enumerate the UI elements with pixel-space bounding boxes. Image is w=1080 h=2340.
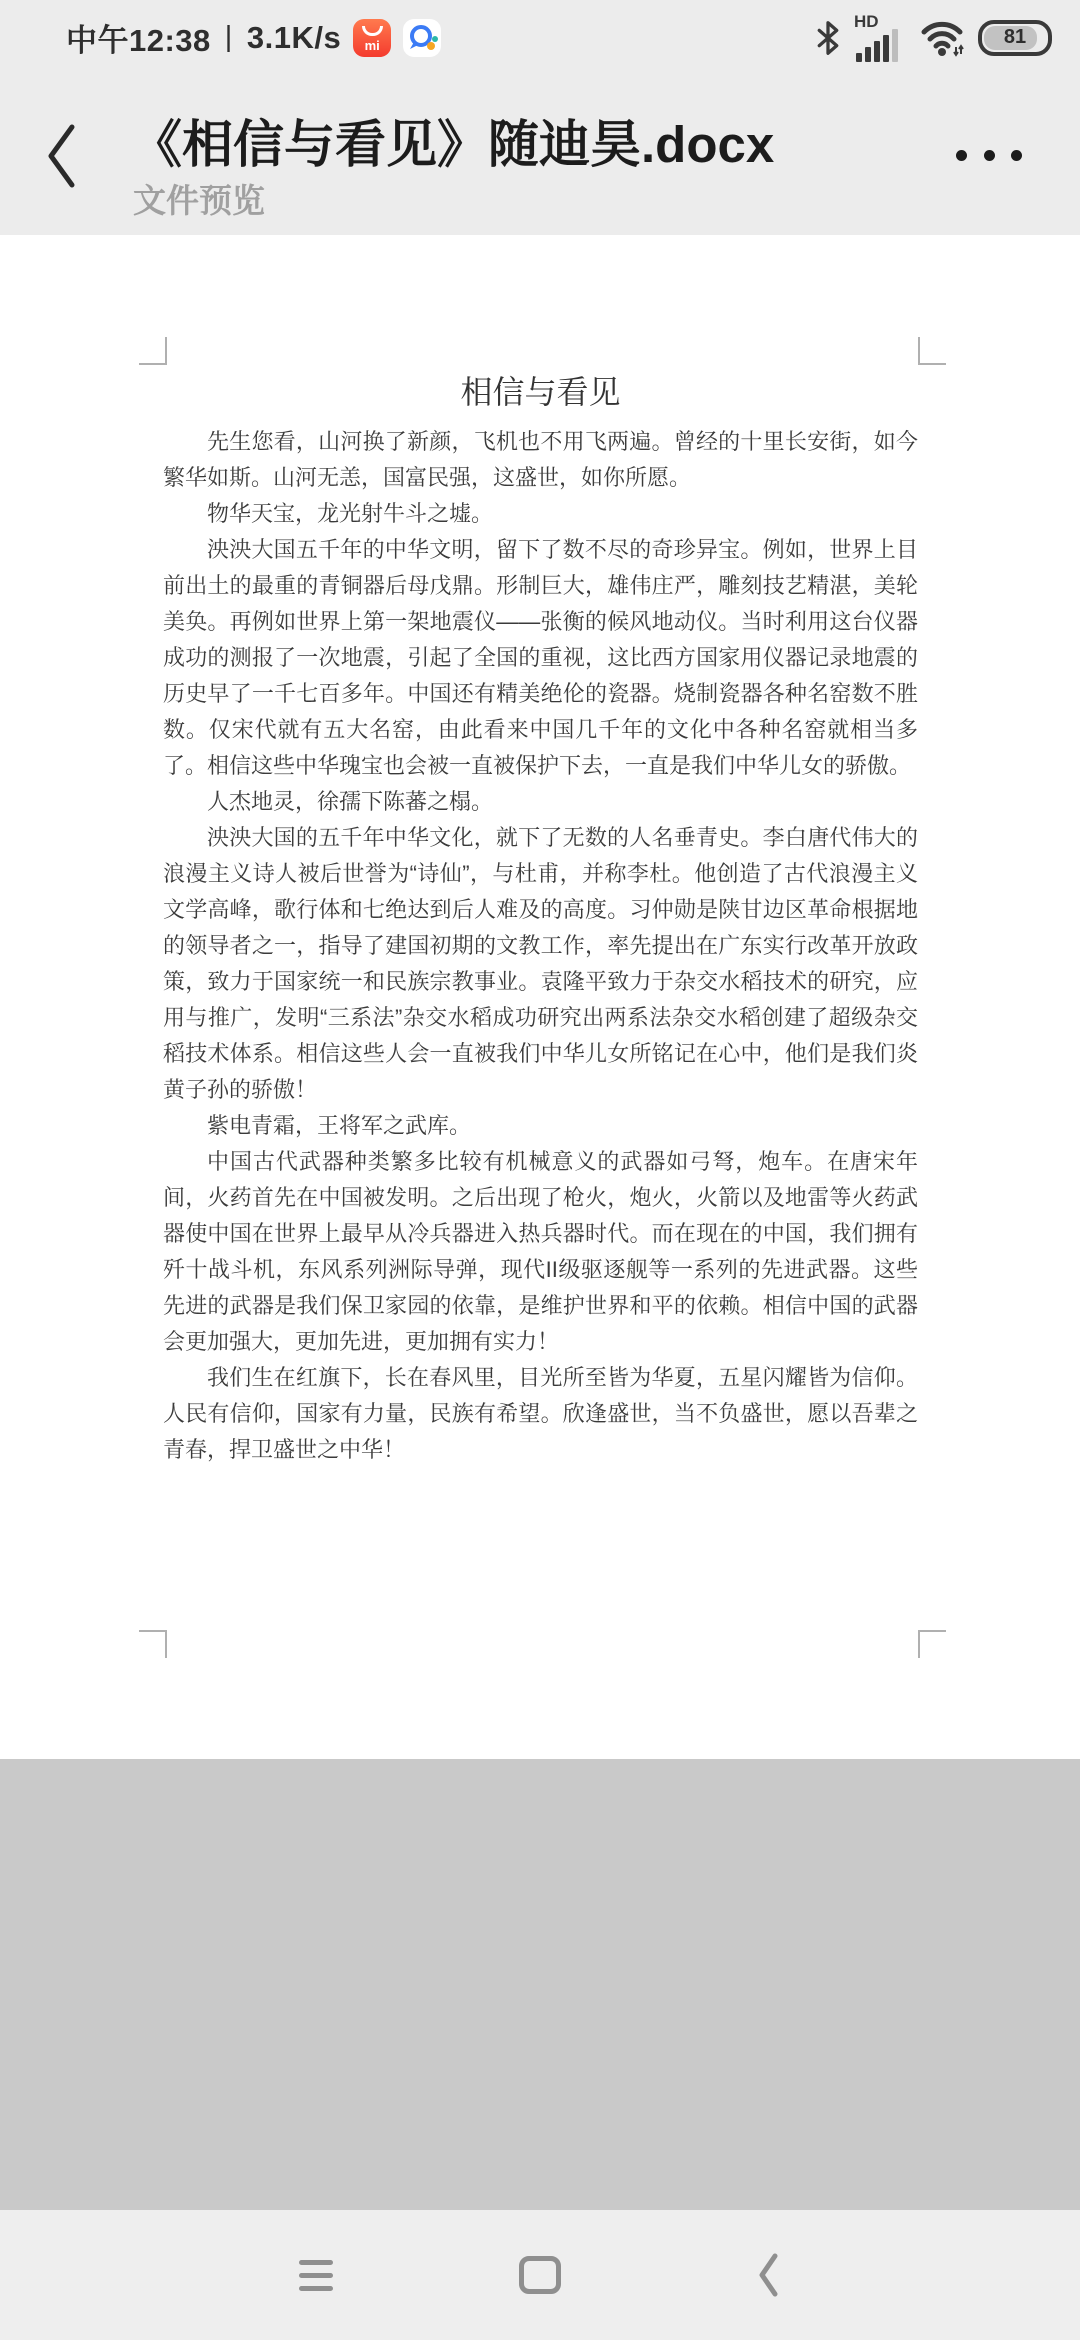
more-dots-icon — [956, 150, 967, 161]
paragraph: 泱泱大国的五千年中华文化，就下了无数的人名垂青史。李白唐代伟大的浪漫主义诗人被后… — [163, 820, 918, 1108]
status-separator: | — [225, 21, 233, 54]
network-speed: 3.1K/s — [247, 20, 341, 56]
signal-bars — [856, 29, 898, 62]
nav-back-chevron-icon — [757, 2253, 779, 2297]
paragraph: 人杰地灵，徐孺下陈蕃之榻。 — [163, 784, 918, 820]
paragraph: 我们生在红旗下，长在春风里，目光所至皆为华夏，五星闪耀皆为信仰。人民有信仰，国家… — [163, 1360, 918, 1468]
android-nav-bar — [0, 2210, 1080, 2340]
more-menu-button[interactable] — [956, 137, 1022, 173]
file-title: 《相信与看见》随迪昊.docx — [131, 115, 774, 175]
paragraph: 物华天宝，龙光射牛斗之墟。 — [163, 496, 918, 532]
cell-signal-icon: HD — [854, 12, 906, 64]
bluetooth-icon — [816, 21, 840, 55]
mi-bag-handle — [362, 26, 383, 36]
battery-icon: 81 — [978, 20, 1052, 56]
home-button[interactable] — [510, 2245, 570, 2305]
wifi-icon — [920, 18, 964, 58]
mi-store-notification-icon: mi — [353, 19, 391, 57]
mi-logo-text: mi — [365, 39, 380, 52]
document-body: 先生您看，山河换了新颜，飞机也不用飞两遍。曾经的十里长安街，如今繁华如斯。山河无… — [163, 424, 918, 1468]
paragraph: 先生您看，山河换了新颜，飞机也不用飞两遍。曾经的十里长安街，如今繁华如斯。山河无… — [163, 424, 918, 496]
paragraph: 泱泱大国五千年的中华文明，留下了数不尽的奇珍异宝。例如，世界上目前出土的最重的青… — [163, 532, 918, 784]
status-bar: 中午12:38 | 3.1K/s mi HD — [0, 0, 1080, 75]
battery-percent: 81 — [982, 24, 1048, 52]
page-corner-mark-bottom-right — [918, 1630, 946, 1658]
paragraph: 紫电青霜，王将军之武库。 — [163, 1108, 918, 1144]
document-preview-page[interactable]: 相信与看见 先生您看，山河换了新颜，飞机也不用飞两遍。曾经的十里长安街，如今繁华… — [0, 235, 1080, 1759]
wecom-notification-icon — [403, 19, 441, 57]
page-corner-mark-bottom-left — [139, 1630, 167, 1658]
status-left-group: 中午12:38 | 3.1K/s mi — [66, 0, 441, 75]
phone-screen: 中午12:38 | 3.1K/s mi HD — [0, 0, 1080, 2340]
preview-background-area — [0, 1759, 1080, 2210]
status-time: 中午12:38 — [66, 15, 211, 60]
back-chevron-icon — [44, 123, 78, 189]
home-icon — [519, 2256, 561, 2294]
page-corner-mark-top-right — [918, 337, 946, 365]
file-preview-label: 文件预览 — [133, 175, 265, 222]
chat-bubble-icon — [403, 19, 441, 57]
recents-menu-icon — [299, 2260, 333, 2291]
nav-back-button[interactable] — [738, 2245, 798, 2305]
status-right-group: HD 81 — [816, 0, 1052, 75]
document-title: 相信与看见 — [163, 372, 918, 412]
back-button[interactable] — [36, 111, 86, 201]
app-header: 《相信与看见》随迪昊.docx 文件预览 — [0, 75, 1080, 235]
recents-button[interactable] — [286, 2245, 346, 2305]
page-corner-mark-top-left — [139, 337, 167, 365]
paragraph: 中国古代武器种类繁多比较有机械意义的武器如弓弩，炮车。在唐宋年间，火药首先在中国… — [163, 1144, 918, 1360]
